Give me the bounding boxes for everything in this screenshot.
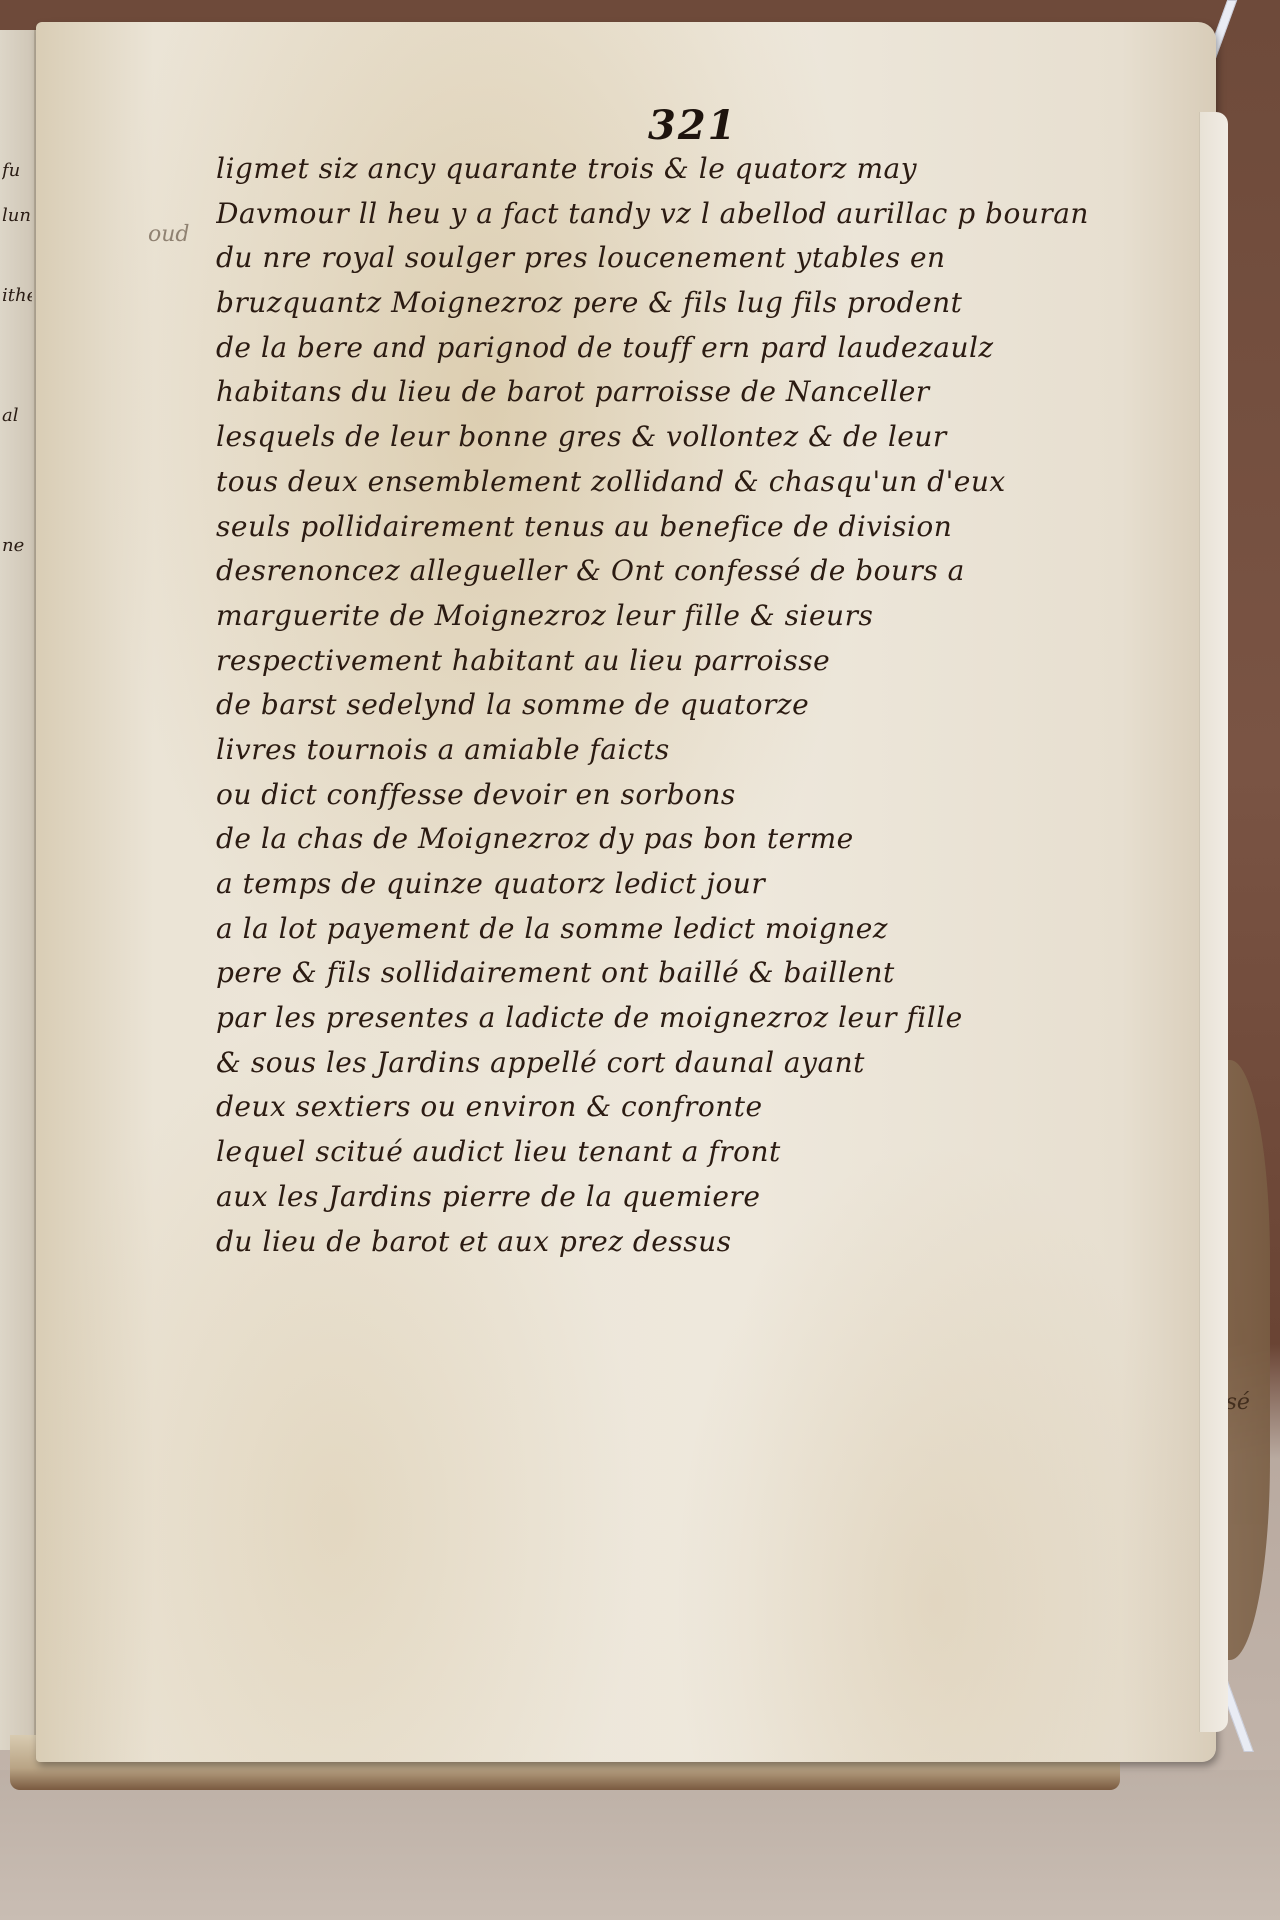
handwritten-text-block: ligmet siz ancy quarante trois & le quat… (216, 147, 1206, 1264)
text-line: de la chas de Moignezroz dy pas bon term… (216, 817, 1206, 862)
text-line: ligmet siz ancy quarante trois & le quat… (216, 147, 1206, 192)
prev-page-fragment: al (2, 405, 32, 426)
text-line: du nre royal soulger pres loucenement yt… (216, 236, 1206, 281)
text-line: par les presentes a ladicte de moignezro… (216, 996, 1206, 1041)
table-surface (0, 1770, 1280, 1920)
prev-page-fragment: lun (2, 205, 32, 226)
text-line: du lieu de barot et aux prez dessus (216, 1220, 1206, 1265)
manuscript-page: 321 oud ligmet siz ancy quarante trois &… (36, 22, 1216, 1762)
text-line: lequel scitué audict lieu tenant a front (216, 1130, 1206, 1175)
margin-note: oud (148, 222, 190, 247)
text-line: pere & fils sollidairement ont baillé & … (216, 951, 1206, 996)
text-line: & sous les Jardins appellé cort daunal a… (216, 1041, 1206, 1086)
text-line: livres tournois a amiable faicts (216, 728, 1206, 773)
text-line: lesquels de leur bonne gres & vollontez … (216, 415, 1206, 460)
text-line: ou dict conffesse devoir en sorbons (216, 773, 1206, 818)
text-line: de la bere and parignod de touff ern par… (216, 326, 1206, 371)
prev-page-fragment: ne (2, 535, 32, 556)
text-line: deux sextiers ou environ & confronte (216, 1085, 1206, 1130)
text-line: respectivement habitant au lieu parroiss… (216, 639, 1206, 684)
prev-page-fragment: fu (2, 160, 32, 181)
text-line: seuls pollidairement tenus au benefice d… (216, 505, 1206, 550)
text-line: desrenoncez allegueller & Ont confessé d… (216, 549, 1206, 594)
text-line: bruzquantz Moignezroz pere & fils lug fi… (216, 281, 1206, 326)
prev-page-fragment: ithe (2, 285, 32, 306)
page-number: 321 (648, 102, 738, 149)
text-line: de barst sedelynd la somme de quatorze (216, 683, 1206, 728)
previous-page-edge: fu lun ithe al ne (0, 30, 36, 1750)
text-line: aux les Jardins pierre de la quemiere (216, 1175, 1206, 1220)
text-line: tous deux ensemblement zollidand & chasq… (216, 460, 1206, 505)
text-line: a la lot payement de la somme ledict moi… (216, 907, 1206, 952)
text-line: habitans du lieu de barot parroisse de N… (216, 370, 1206, 415)
text-line: Davmour ll heu y a fact tandy vz l abell… (216, 192, 1206, 237)
text-line: marguerite de Moignezroz leur fille & si… (216, 594, 1206, 639)
text-line: a temps de quinze quatorz ledict jour (216, 862, 1206, 907)
